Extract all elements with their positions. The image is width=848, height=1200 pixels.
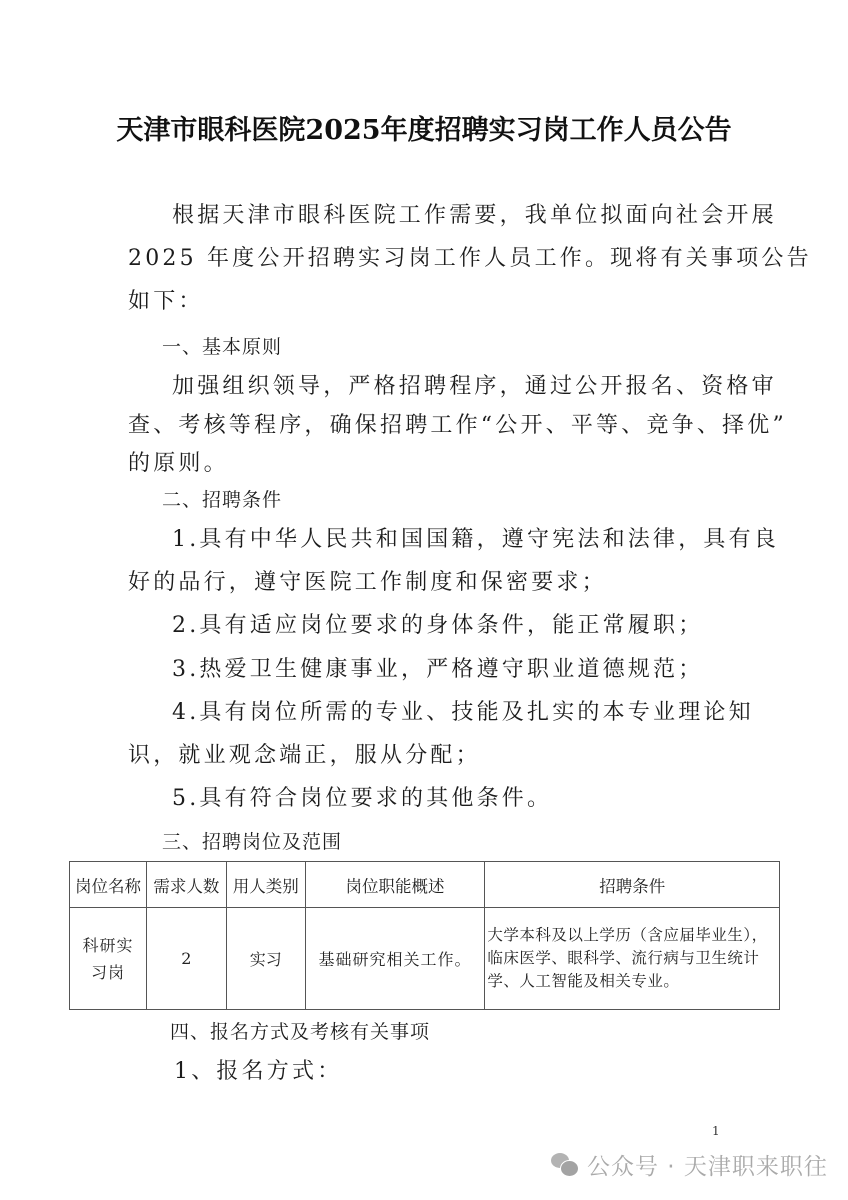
header-requirements: 招聘条件 xyxy=(485,862,780,908)
header-category: 用人类别 xyxy=(226,862,305,908)
intro-line-2: 2025 年度公开招聘实习岗工作人员工作。现将有关事项公告 xyxy=(128,241,812,272)
condition-1-line-1: 1.具有中华人民共和国国籍，遵守宪法和法律，具有良 xyxy=(172,522,779,553)
condition-3: 3.热爱卫生健康事业，严格遵守职业道德规范； xyxy=(172,652,703,683)
table-row: 科研实习岗 2 实习 基础研究相关工作。 大学本科及以上学历（含应届毕业生），临… xyxy=(70,908,780,1010)
positions-table: 岗位名称 需求人数 用人类别 岗位职能概述 招聘条件 科研实习岗 2 实习 基础… xyxy=(69,861,780,1010)
intro-line-3: 如下： xyxy=(128,284,204,315)
section-heading-registration: 四、报名方式及考核有关事项 xyxy=(170,1017,430,1044)
table-header-row: 岗位名称 需求人数 用人类别 岗位职能概述 招聘条件 xyxy=(70,862,780,908)
header-position-name: 岗位名称 xyxy=(70,862,147,908)
wechat-icon xyxy=(551,1152,579,1178)
principles-line-2: 查、考核等程序，确保招聘工作“公开、平等、竞争、择优” xyxy=(128,408,787,439)
section-heading-principles: 一、基本原则 xyxy=(162,332,282,359)
condition-4-line-1: 4.具有岗位所需的专业、技能及扎实的本专业理论知 xyxy=(172,695,754,726)
cell-headcount: 2 xyxy=(146,908,226,1010)
principles-line-3: 的原则。 xyxy=(128,446,229,477)
cell-position-name: 科研实习岗 xyxy=(70,908,147,1010)
header-duties: 岗位职能概述 xyxy=(305,862,485,908)
watermark-text: 公众号 · 天津职来职往 xyxy=(587,1148,828,1181)
section-heading-conditions: 二、招聘条件 xyxy=(162,485,282,512)
principles-line-1: 加强组织领导，严格招聘程序，通过公开报名、资格审 xyxy=(172,369,777,400)
intro-line-1: 根据天津市眼科医院工作需要，我单位拟面向社会开展 xyxy=(172,198,777,229)
cell-duties: 基础研究相关工作。 xyxy=(305,908,485,1010)
page-number: 1 xyxy=(712,1124,720,1138)
condition-1-line-2: 好的品行，遵守医院工作制度和保密要求； xyxy=(128,565,607,596)
registration-method-heading: 1、报名方式： xyxy=(174,1054,342,1085)
section-heading-positions: 三、招聘岗位及范围 xyxy=(162,827,342,854)
document-title: 天津市眼科医院2025年度招聘实习岗工作人员公告 xyxy=(0,108,848,147)
cell-requirements: 大学本科及以上学历（含应届毕业生），临床医学、眼科学、流行病与卫生统计学、人工智… xyxy=(485,908,780,1010)
condition-4-line-2: 识，就业观念端正，服从分配； xyxy=(128,738,481,769)
cell-category: 实习 xyxy=(226,908,305,1010)
condition-5: 5.具有符合岗位要求的其他条件。 xyxy=(172,781,552,812)
watermark: 公众号 · 天津职来职往 xyxy=(551,1148,828,1181)
header-headcount: 需求人数 xyxy=(146,862,226,908)
condition-2: 2.具有适应岗位要求的身体条件，能正常履职； xyxy=(172,608,703,639)
